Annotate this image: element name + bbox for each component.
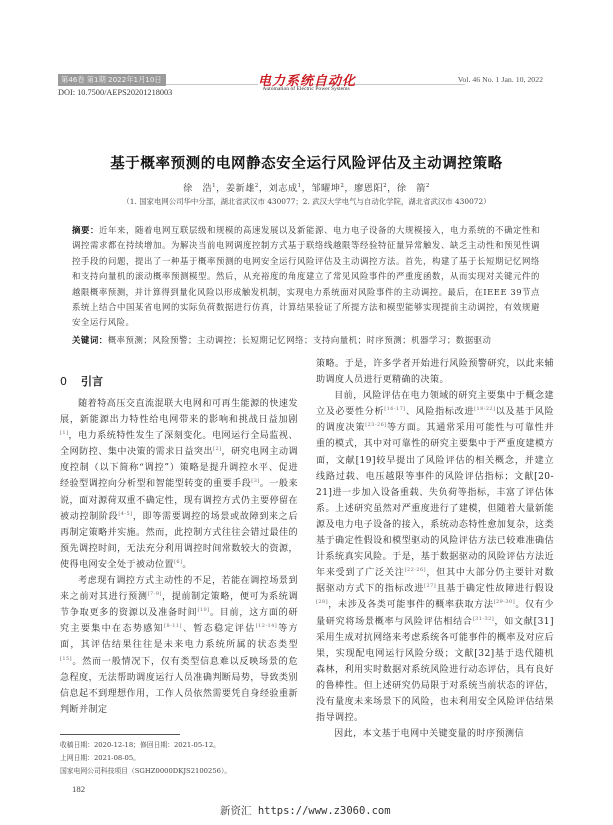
citation-ref[interactable]: [12-14]	[256, 623, 277, 629]
citation-ref[interactable]: [10]	[198, 607, 210, 613]
header-rule	[166, 84, 258, 85]
citation-ref[interactable]: [6]	[174, 559, 182, 565]
citation-ref[interactable]: [29-30]	[494, 599, 515, 605]
author-name: 徐 箭	[397, 183, 426, 194]
author-name: 徐 浩	[183, 183, 212, 194]
citation-ref[interactable]: [3]	[251, 478, 259, 484]
affiliations: （1. 国家电网公司华中分部，湖北省武汉市 430077；2. 武汉大学电气与自…	[0, 196, 613, 207]
section-heading: 0引言	[60, 373, 103, 389]
doi: DOI: 10.7500/AEPS20201218003	[58, 88, 172, 97]
citation-ref[interactable]: [22-26]	[405, 567, 426, 573]
author-affiliation-index: 2	[426, 183, 430, 189]
issue-badge: 第46卷 第1期 2022年1月10日	[58, 74, 166, 86]
abstract: 摘要：近年来，随着电网互联层级和规模的高速发展以及新能源、电力电子设备的大规模接…	[72, 223, 540, 331]
citation-ref[interactable]: [8-11]	[164, 623, 182, 629]
citation-ref[interactable]: [7-9]	[148, 591, 162, 597]
footnote-received: 收稿日期：2020-12-18；修回日期：2021-05-12。	[60, 739, 231, 752]
footnote-divider	[60, 734, 180, 735]
citation-ref[interactable]: [31-32]	[473, 615, 494, 621]
journal-name-en: Automation of Electric Power Systems	[240, 86, 372, 92]
author-affiliation-index: 1	[298, 183, 302, 189]
author-affiliation-index: 2	[255, 183, 259, 189]
volume-info: Vol. 46 No. 1 Jan. 10, 2022	[385, 75, 543, 84]
section-title: 引言	[81, 375, 103, 388]
author-name: 廖恩阳	[354, 183, 383, 194]
author-list: 徐 浩1，姜新雄2，刘志成1，邹曜坤2，廖恩阳2，徐 箭2	[0, 180, 613, 194]
citation-ref[interactable]: [23-26]	[365, 422, 386, 428]
paper-title: 基于概率预测的电网静态安全运行风险评估及主动调控策略	[0, 152, 613, 173]
keywords-label: 关键词：	[72, 335, 108, 345]
citation-ref[interactable]: [28]	[316, 599, 328, 605]
section-number: 0	[60, 375, 67, 388]
author-affiliation-index: 1	[212, 183, 216, 189]
citation-ref[interactable]: [15]	[60, 655, 72, 661]
citation-ref[interactable]: [27]	[424, 583, 436, 589]
abstract-text: 近年来，随着电网互联层级和规模的高速发展以及新能源、电力电子设备的大规模接入，电…	[72, 225, 540, 327]
author-affiliation-index: 2	[383, 183, 387, 189]
right-column: 策略。于是，许多学者开始进行风险预警研究，以此来辅助调度人员进行更精确的决策。目…	[316, 356, 554, 742]
citation-ref[interactable]: [16-17]	[384, 406, 405, 412]
keywords: 关键词：概率预测；风险预警；主动调控；长短期记忆网络；支持向量机；时序预测；机器…	[72, 333, 540, 348]
paragraph: 策略。于是，许多学者开始进行风险预警研究，以此来辅助调度人员进行更精确的决策。	[316, 356, 554, 388]
citation-ref[interactable]: [18-22]	[474, 406, 495, 412]
author-name: 姜新雄	[226, 183, 255, 194]
footnotes: 收稿日期：2020-12-18；修回日期：2021-05-12。 上网日期：20…	[60, 739, 231, 778]
footnote-online: 上网日期：2021-08-05。	[60, 752, 231, 765]
abstract-label: 摘要：	[72, 225, 99, 235]
citation-ref[interactable]: [1]	[60, 430, 68, 436]
paragraph: 因此，本文基于电网中关键变量的时序预测信	[316, 726, 554, 742]
watermark: 新资汇 https://www.z3060.com	[220, 803, 391, 818]
author-name: 邹曜坤	[311, 183, 340, 194]
author-affiliation-index: 2	[340, 183, 344, 189]
page-number: 182	[72, 784, 85, 794]
paragraph: 目前，风险评估在电力领域的研究主要集中于概念建立及必要性分析[16-17]、风险…	[316, 388, 554, 726]
keywords-text: 概率预测；风险预警；主动调控；长短期记忆网络；支持向量机；时序预测；机器学习；数…	[108, 335, 492, 345]
author-name: 刘志成	[269, 183, 298, 194]
left-column: 随着特高压交直流混联大电网和可再生能源的快速发展，新能源出力特性给电网带来的影响…	[60, 396, 298, 718]
footnote-funding: 国家电网公司科技项目（SGHZ0000DKJS2100256）。	[60, 765, 231, 778]
paragraph: 随着特高压交直流混联大电网和可再生能源的快速发展，新能源出力特性给电网带来的影响…	[60, 396, 298, 573]
citation-ref[interactable]: [2]	[213, 446, 221, 452]
paragraph: 考虑现有调控方式主动性的不足，若能在调控场景到来之前对其进行预测[7-9]，提前…	[60, 573, 298, 718]
citation-ref[interactable]: [4-5]	[118, 511, 132, 517]
